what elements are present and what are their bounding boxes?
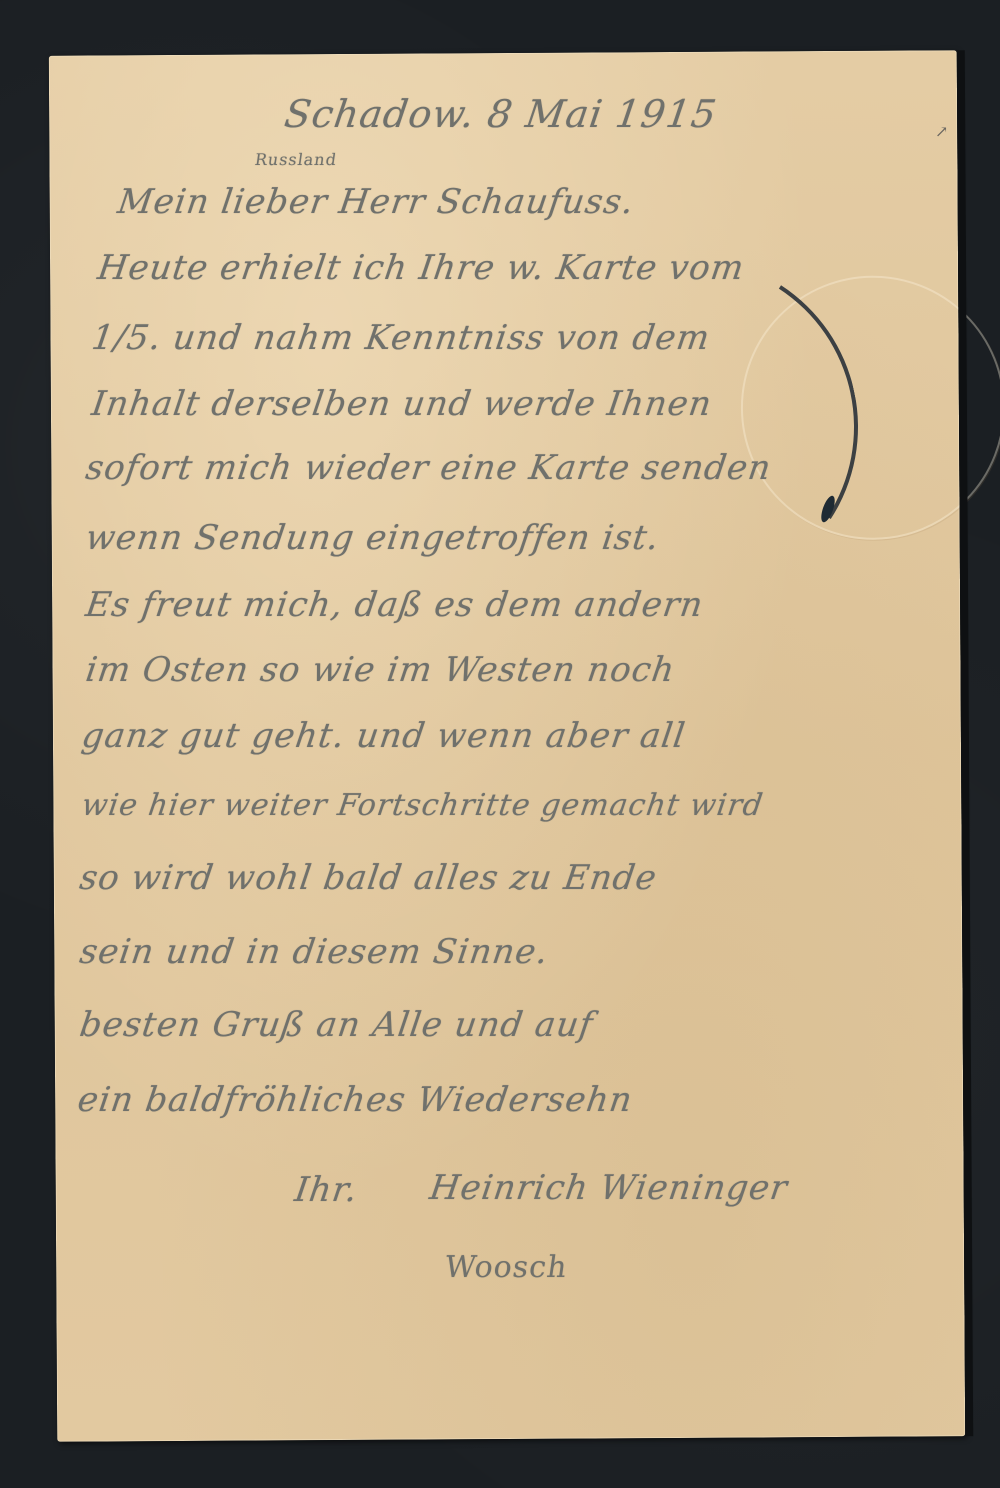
body-line: Inhalt derselben und werde Ihnen xyxy=(89,384,714,424)
place-date: Schadow. 8 Mai 1915 xyxy=(282,92,720,136)
closing: Ihr. xyxy=(292,1170,360,1210)
body-line: Heute erhielt ich Ihre w. Karte vom xyxy=(95,248,747,288)
annotation-russland: Russland xyxy=(254,150,339,169)
body-line: im Osten so wie im Westen noch xyxy=(83,650,677,690)
body-line: ein baldfröhliches Wiedersehn xyxy=(75,1080,635,1120)
body-line: so wird wohl bald alles zu Ende xyxy=(77,858,659,898)
body-line: besten Gruß an Alle und auf xyxy=(77,1005,596,1045)
body-line: wie hier weiter Fortschritte gemacht wir… xyxy=(80,788,766,823)
postscript: Woosch xyxy=(443,1250,570,1285)
body-line: wenn Sendung eingetroffen ist. xyxy=(83,518,662,558)
greeting: Mein lieber Herr Schaufuss. xyxy=(115,182,637,222)
body-line: 1/5. und nahm Kenntniss von dem xyxy=(89,318,712,358)
signature: Heinrich Wieninger xyxy=(427,1168,790,1208)
body-line: sofort mich wieder eine Karte senden xyxy=(83,448,774,488)
body-line: Es freut mich, daß es dem andern xyxy=(83,585,706,625)
corner-mark: ↗ xyxy=(935,122,948,141)
body-line: sein und in diesem Sinne. xyxy=(77,932,551,972)
body-line: ganz gut geht. und wenn aber all xyxy=(79,716,688,756)
